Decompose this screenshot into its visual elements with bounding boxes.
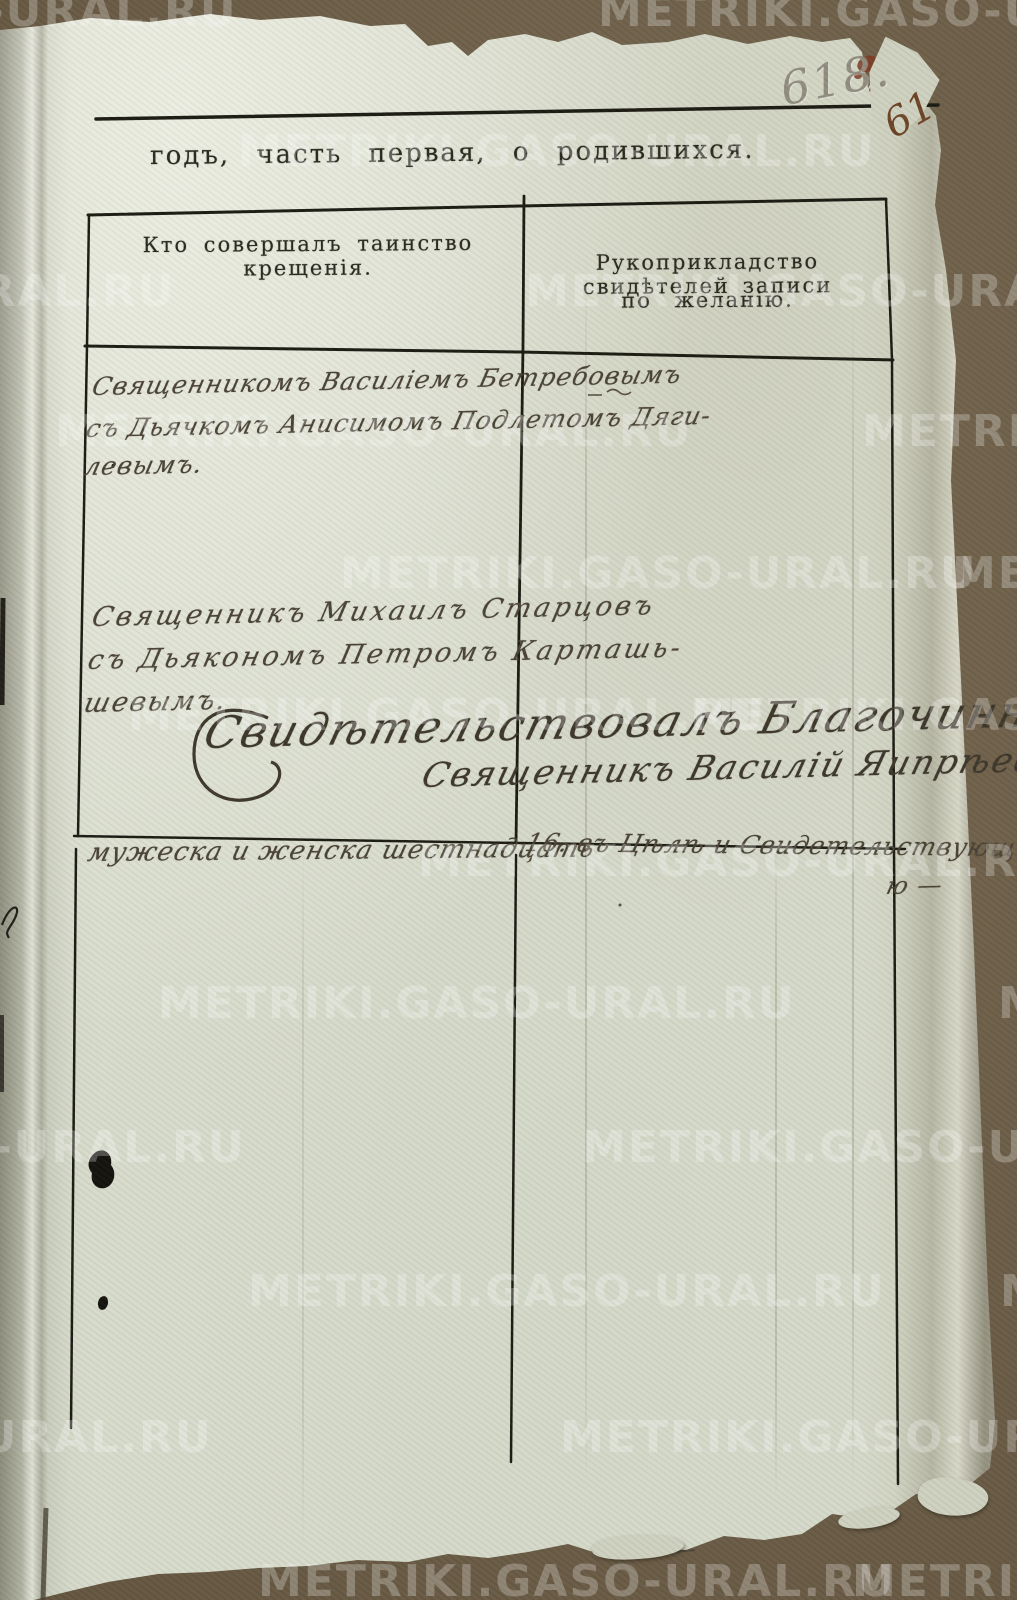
middle-border-lower xyxy=(511,855,516,1462)
entry2-line3: шевымъ. xyxy=(81,685,231,719)
adjacent-page-line xyxy=(2,598,3,705)
ink-blot xyxy=(89,464,622,1311)
scanned-page: годъ, часть первая, о родившихся. Кто со… xyxy=(0,0,1017,1600)
left-border xyxy=(78,215,89,836)
column1-header: Кто совершалъ таинство крещенія. xyxy=(98,231,518,282)
margin-scribble xyxy=(2,908,17,938)
header-divider xyxy=(85,346,893,360)
right-border-lower xyxy=(894,849,898,1484)
table-top-border xyxy=(88,199,886,215)
left-border-lower xyxy=(71,849,76,1428)
gutter-crevice xyxy=(43,1508,46,1600)
summary-continuation: ю — xyxy=(884,871,946,900)
page-title: годъ, часть первая, о родившихся. xyxy=(150,135,755,171)
entry1-line3: левымъ. xyxy=(81,450,206,481)
column2-header-line2: по желанію. xyxy=(535,287,880,313)
summary-left: мужеска и женска шестнадцать xyxy=(85,834,598,868)
summary-right: 16. въ Цѣлѣ и Свидетельствующ xyxy=(522,828,1017,862)
